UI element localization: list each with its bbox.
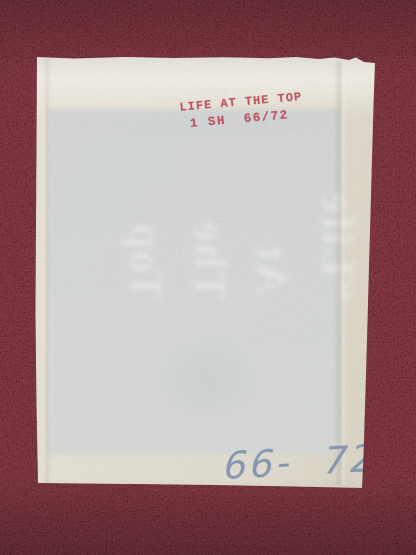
ghost-word-the: The — [184, 220, 236, 301]
poster-back-paper: “Life At The Top LIFE AT THE TOP 1 SH 66… — [34, 55, 380, 491]
fold-crease-right — [334, 61, 346, 485]
ghost-word-at: At — [246, 244, 298, 295]
show-through-area: “Life At The Top — [48, 109, 340, 455]
ghost-title-mirrored: “Life At The Top — [52, 149, 314, 301]
photograph-scene: “Life At The Top LIFE AT THE TOP 1 SH 66… — [0, 0, 416, 555]
handwritten-edition-number: 66- 72 — [223, 437, 378, 488]
ghost-artwork-shape — [134, 315, 284, 443]
ghost-word-top: Top — [120, 222, 172, 301]
fold-crease-left — [42, 59, 51, 485]
